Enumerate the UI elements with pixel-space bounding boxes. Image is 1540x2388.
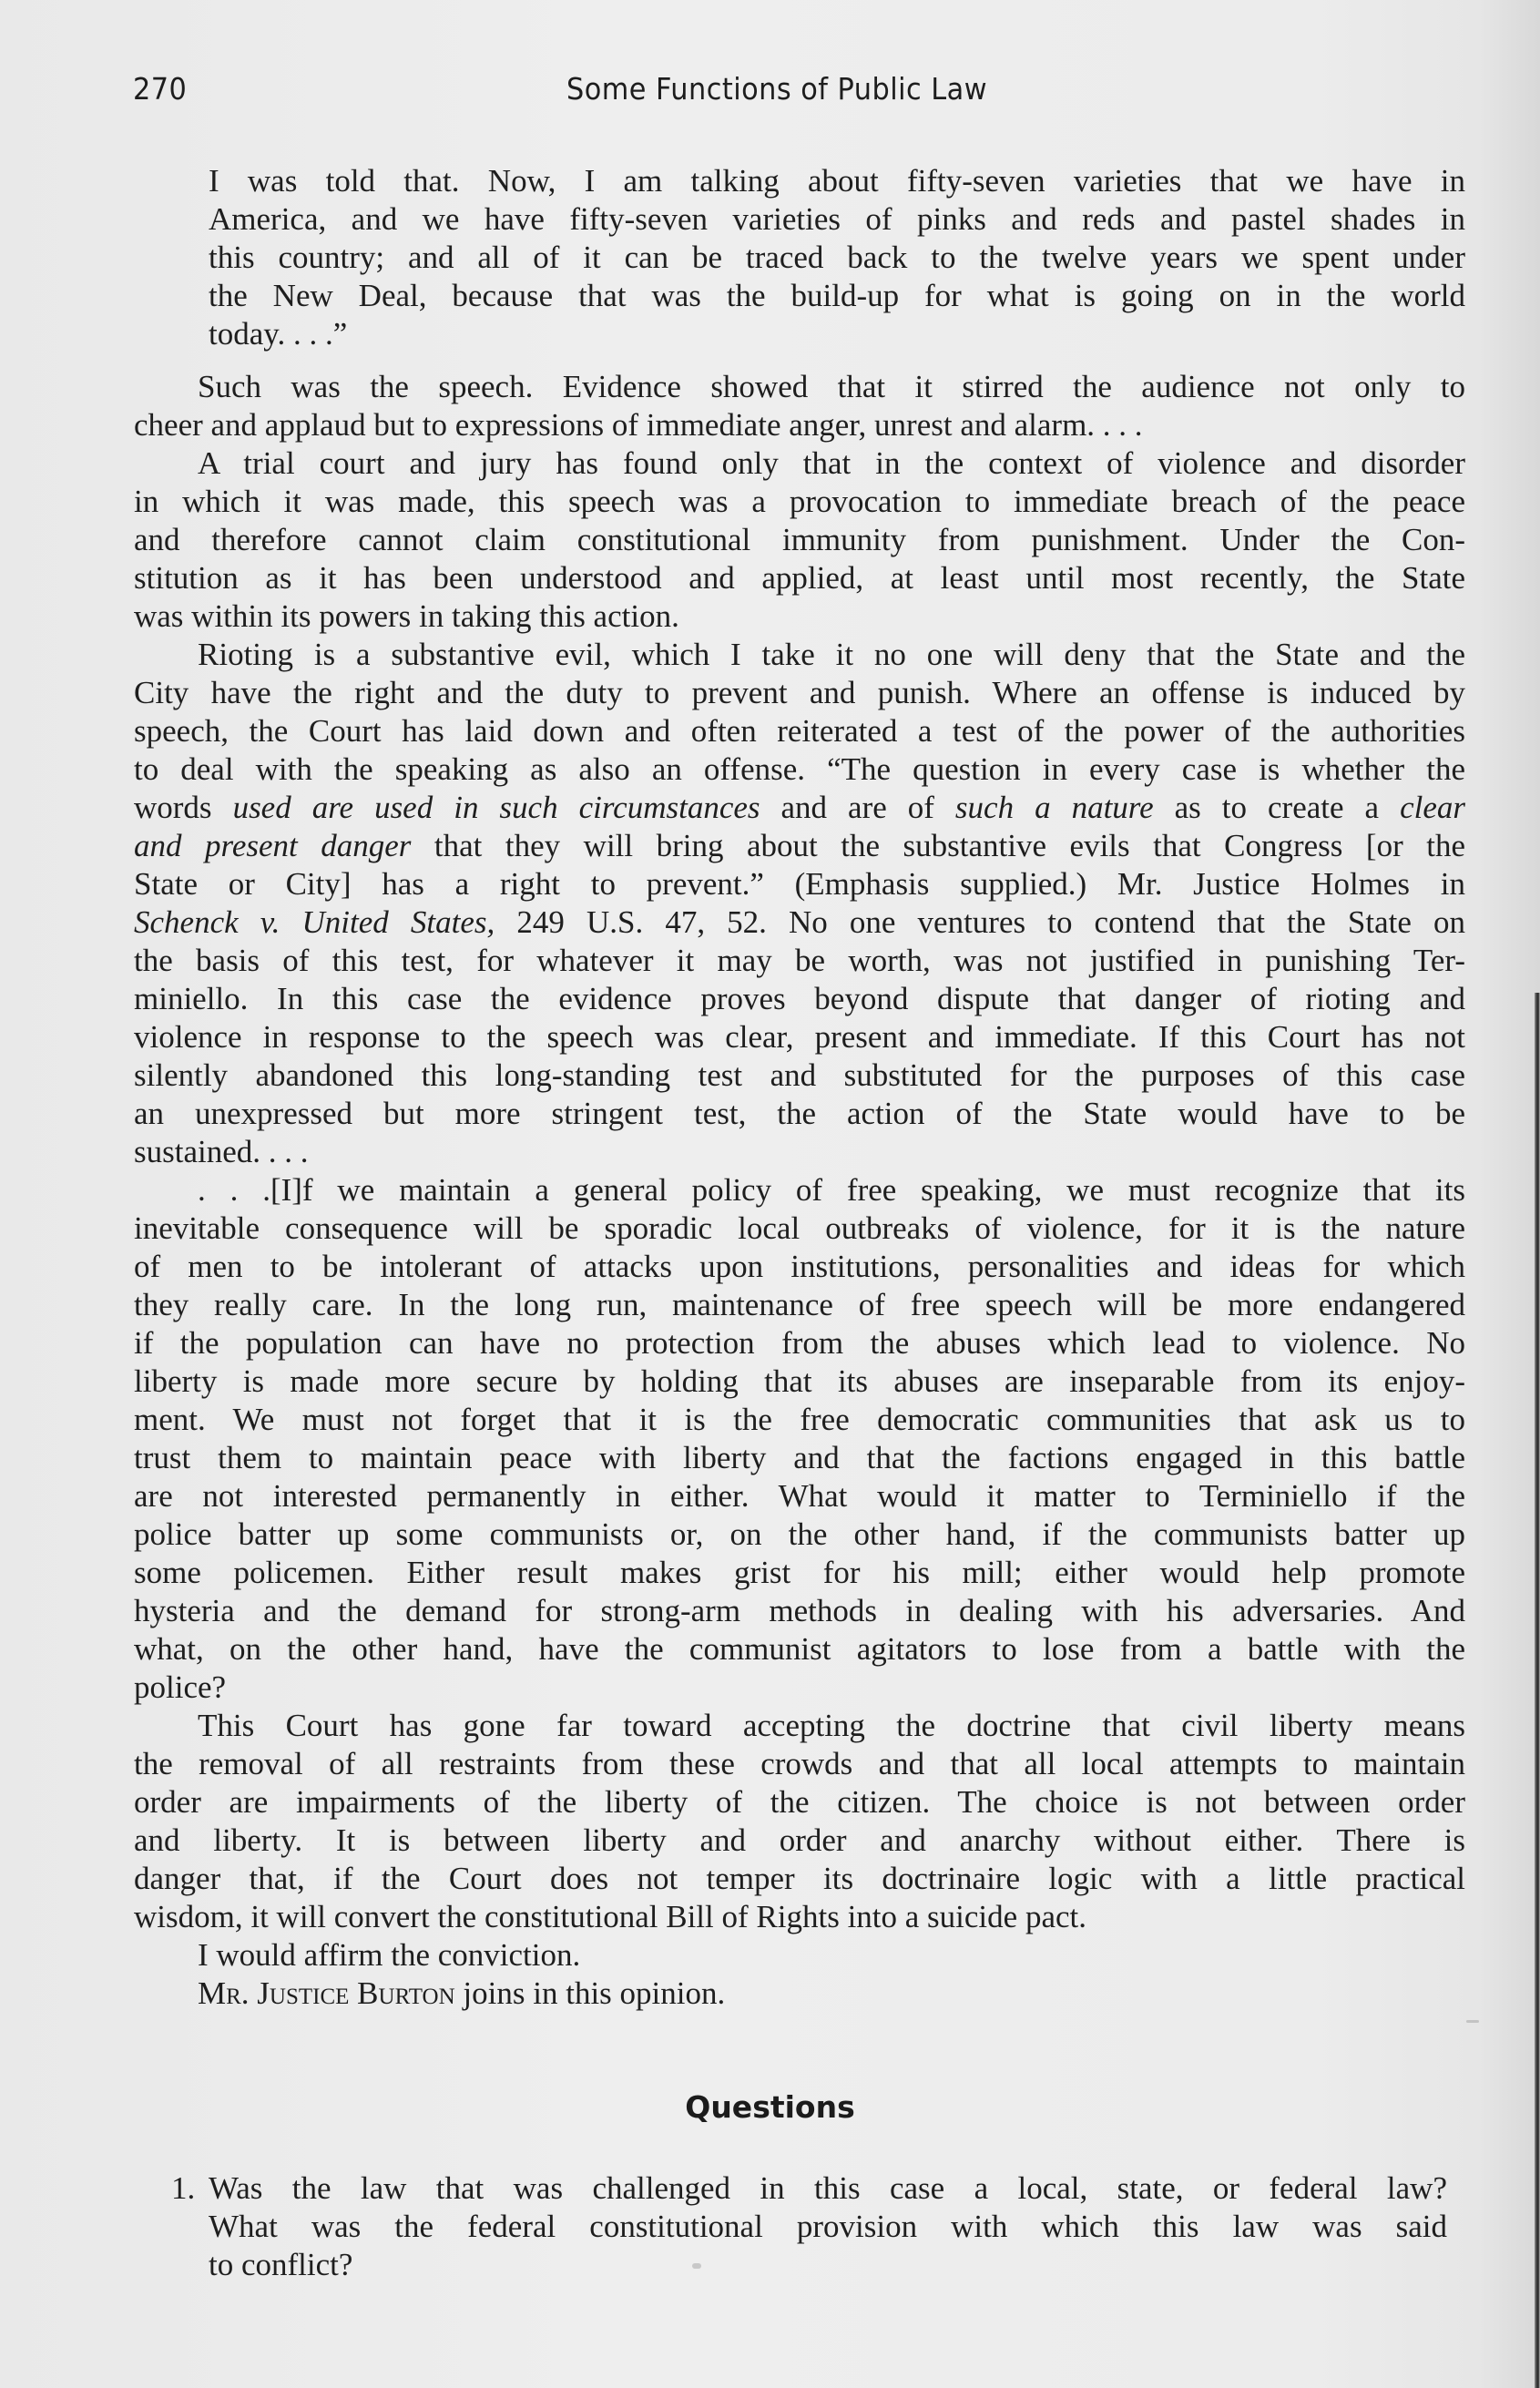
text-line: Schenck v. United States, 249 U.S. 47, 5… [134, 903, 1465, 942]
emphasis: clear [1400, 790, 1465, 825]
quote-line: I was told that. Now, I am talking about… [209, 162, 1465, 200]
text-line: and present danger that they will bring … [134, 827, 1465, 865]
quote-line: this country; and all of it can be trace… [209, 239, 1465, 277]
text-line: silently abandoned this long-standing te… [134, 1056, 1465, 1095]
text-line: and liberty. It is between liberty and o… [134, 1822, 1465, 1860]
text-line: they really care. In the long run, maint… [134, 1286, 1465, 1324]
book-page: 270 Some Functions of Public Law I was t… [0, 0, 1540, 2388]
text-line: of men to be intolerant of attacks upon … [134, 1248, 1465, 1286]
emphasis: such a nature [955, 790, 1154, 825]
text-line: trust them to maintain peace with libert… [134, 1439, 1465, 1477]
text-line: Such was the speech. Evidence showed tha… [198, 368, 1465, 406]
text-line: was within its powers in taking this act… [134, 597, 1465, 636]
text-line: wisdom, it will convert the constitution… [134, 1898, 1465, 1936]
text-line: speech, the Court has laid down and ofte… [134, 712, 1465, 750]
text-line: police batter up some communists or, on … [134, 1515, 1465, 1554]
text-line: ment. We must not forget that it is the … [134, 1401, 1465, 1439]
text-line: hysteria and the demand for strong-arm m… [134, 1592, 1465, 1630]
emphasis: used are used in such circumstances [233, 790, 760, 825]
text-line: police? [134, 1669, 1465, 1707]
text-run: 249 U.S. 47, 52. No one ventures to cont… [495, 904, 1465, 940]
text-line: . . .[I]f we maintain a general policy o… [198, 1171, 1465, 1209]
text-line: the removal of all restraints from these… [134, 1745, 1465, 1783]
text-line: stitution as it has been understood and … [134, 559, 1465, 597]
emphasis: and present danger [134, 828, 411, 863]
text-line: and therefore cannot claim constitutiona… [134, 521, 1465, 559]
quote-line: the New Deal, because that was the build… [209, 277, 1465, 315]
text-line: liberty is made more secure by holding t… [134, 1362, 1465, 1401]
page-binding-edge [1535, 993, 1540, 2388]
quote-line: today. . . .” [209, 315, 1465, 353]
text-line: City have the right and the duty to prev… [134, 674, 1465, 712]
text-line: in which it was made, this speech was a … [134, 483, 1465, 521]
text-line: to deal with the speaking as also an off… [134, 750, 1465, 789]
text-line: State or City] has a right to prevent.” … [134, 865, 1465, 903]
text-line: sustained. . . . [134, 1133, 1465, 1171]
quote-line: America, and we have fifty-seven varieti… [209, 200, 1465, 239]
text-line: an unexpressed but more stringent test, … [134, 1095, 1465, 1133]
text-run: words [134, 790, 233, 825]
text-line: This Court has gone far toward accepting… [198, 1707, 1465, 1745]
scan-mark [1466, 2020, 1479, 2023]
text-line: are not interested permanently in either… [134, 1477, 1465, 1515]
running-title: Some Functions of Public Law [566, 71, 987, 107]
text-line: violence in response to the speech was c… [134, 1018, 1465, 1056]
joining-statement: Mr. Justice Burton joins in this opinion… [198, 1975, 725, 2013]
question-line: Was the law that was challenged in this … [209, 2169, 1447, 2208]
case-citation: Schenck v. United States, [134, 904, 495, 940]
question-number: 1. [171, 2169, 195, 2208]
text-line: if the population can have no protection… [134, 1324, 1465, 1362]
text-line: order are impairments of the liberty of … [134, 1783, 1465, 1822]
text-run: as to create a [1154, 790, 1400, 825]
text-run: that they will bring about the substanti… [411, 828, 1465, 863]
questions-heading: Questions [0, 2089, 1540, 2125]
text-line: inevitable consequence will be sporadic … [134, 1209, 1465, 1248]
scan-mark [692, 2263, 701, 2269]
text-run: joins in this opinion. [455, 1975, 726, 2011]
text-line: Rioting is a substantive evil, which I t… [198, 636, 1465, 674]
text-line: words used are used in such circumstance… [134, 789, 1465, 827]
text-line: what, on the other hand, have the commun… [134, 1630, 1465, 1669]
text-line: A trial court and jury has found only th… [198, 444, 1465, 483]
question-line: What was the federal constitutional prov… [209, 2208, 1447, 2246]
affirm-statement: I would affirm the conviction. [198, 1936, 580, 1975]
page-number: 270 [133, 71, 187, 107]
justice-name: Mr. Justice Burton [198, 1975, 455, 2011]
text-line: miniello. In this case the evidence prov… [134, 980, 1465, 1018]
text-line: some policemen. Either result makes gris… [134, 1554, 1465, 1592]
text-line: the basis of this test, for whatever it … [134, 942, 1465, 980]
question-line: to conflict? [209, 2246, 352, 2284]
text-line: cheer and applaud but to expressions of … [134, 406, 1465, 444]
text-line: danger that, if the Court does not tempe… [134, 1860, 1465, 1898]
text-run: and are of [760, 790, 955, 825]
